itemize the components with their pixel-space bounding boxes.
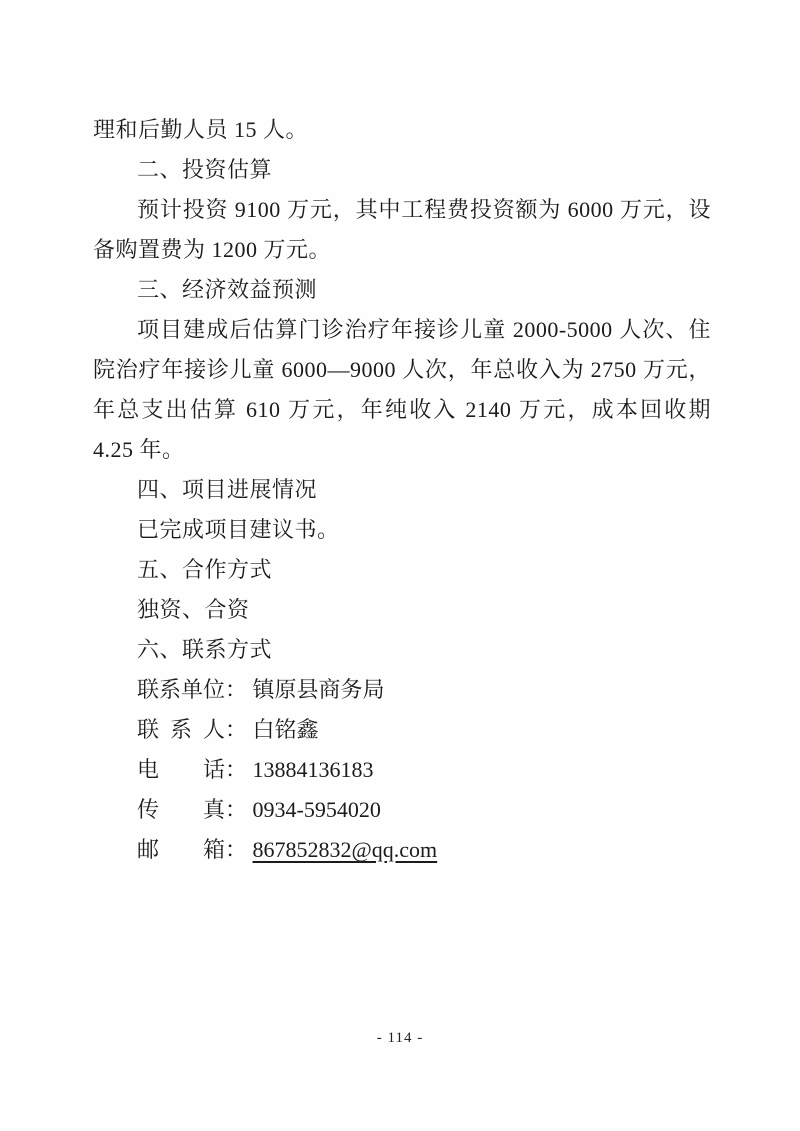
contact-colon: ： bbox=[225, 790, 247, 830]
contact-row-fax: 传真：0934-5954020 bbox=[93, 790, 711, 830]
contact-colon: ： bbox=[225, 750, 247, 790]
section-heading-project-progress: 四、项目进展情况 bbox=[93, 470, 711, 510]
contact-colon: ： bbox=[225, 670, 247, 710]
document-body: 理和后勤人员 15 人。 二、投资估算 预计投资 9100 万元，其中工程费投资… bbox=[93, 110, 711, 870]
section-heading-economic-benefit-forecast: 三、经济效益预测 bbox=[93, 270, 711, 310]
section-heading-investment-estimate: 二、投资估算 bbox=[93, 150, 711, 190]
contact-value-fax: 0934-5954020 bbox=[253, 797, 381, 822]
contact-value-unit: 镇原县商务局 bbox=[253, 677, 385, 702]
page-number: - 114 - bbox=[0, 1026, 800, 1050]
contact-label-fax: 传真 bbox=[137, 790, 225, 830]
continuation-line: 理和后勤人员 15 人。 bbox=[93, 110, 711, 150]
contact-value-person: 白铭鑫 bbox=[253, 717, 319, 742]
contact-row-email: 邮箱：867852832@qq.com bbox=[93, 830, 711, 870]
paragraph-project-progress: 已完成项目建议书。 bbox=[93, 510, 711, 550]
paragraph-economic-benefit-forecast: 项目建成后估算门诊治疗年接诊儿童 2000-5000 人次、住院治疗年接诊儿童 … bbox=[93, 310, 711, 470]
contact-label-email: 邮箱 bbox=[137, 830, 225, 870]
document-page: 理和后勤人员 15 人。 二、投资估算 预计投资 9100 万元，其中工程费投资… bbox=[0, 0, 800, 1131]
contact-row-phone: 电话：13884136183 bbox=[93, 750, 711, 790]
section-heading-contact-info: 六、联系方式 bbox=[93, 630, 711, 670]
contact-colon: ： bbox=[225, 830, 247, 870]
contact-label-unit: 联系单位 bbox=[137, 670, 225, 710]
contact-label-person: 联系人 bbox=[137, 710, 225, 750]
paragraph-investment-estimate: 预计投资 9100 万元，其中工程费投资额为 6000 万元，设备购置费为 12… bbox=[93, 190, 711, 270]
contact-label-phone: 电话 bbox=[137, 750, 225, 790]
section-heading-cooperation-mode: 五、合作方式 bbox=[93, 550, 711, 590]
contact-email-link[interactable]: 867852832@qq.com bbox=[253, 837, 438, 862]
contact-row-unit: 联系单位：镇原县商务局 bbox=[93, 670, 711, 710]
paragraph-cooperation-mode: 独资、合资 bbox=[93, 590, 711, 630]
contact-colon: ： bbox=[225, 710, 247, 750]
contact-value-phone: 13884136183 bbox=[253, 757, 374, 782]
contact-row-person: 联系人：白铭鑫 bbox=[93, 710, 711, 750]
